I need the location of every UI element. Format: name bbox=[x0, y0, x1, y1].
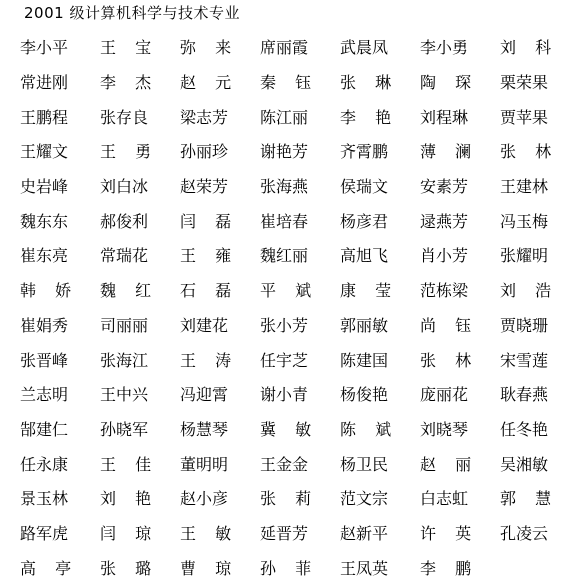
student-name: 冯玉梅 bbox=[500, 213, 580, 231]
student-name: 陈江丽 bbox=[260, 109, 340, 127]
student-name: 孙丽珍 bbox=[180, 143, 260, 161]
student-name: 刘晓琴 bbox=[420, 421, 500, 439]
student-name: 常进刚 bbox=[20, 74, 100, 92]
student-name: 张 莉 bbox=[260, 490, 340, 508]
student-name-grid: 李小平王 宝弥 来席丽霞武晨凤李小勇刘 科常进刚李 杰赵 元秦 钰张 琳陶 琛栗… bbox=[0, 31, 580, 586]
student-name: 郝俊利 bbox=[100, 213, 180, 231]
roster-row: 韩 娇魏 红石 磊平 斌康 莹范栋梁刘 浩 bbox=[20, 274, 580, 309]
student-name: 杨卫民 bbox=[340, 456, 420, 474]
student-name: 杨彦君 bbox=[340, 213, 420, 231]
student-name: 王耀文 bbox=[20, 143, 100, 161]
student-name: 齐霄鹏 bbox=[340, 143, 420, 161]
roster-row: 史岩峰刘白冰赵荣芳张海燕侯瑞文安素芳王建林 bbox=[20, 170, 580, 205]
student-name: 安素芳 bbox=[420, 178, 500, 196]
student-name: 刘 浩 bbox=[500, 282, 580, 300]
student-name: 席丽霞 bbox=[260, 39, 340, 57]
roster-row: 魏东东郝俊利闫 磊崔培春杨彦君逯燕芳冯玉梅 bbox=[20, 204, 580, 239]
student-name: 景玉林 bbox=[20, 490, 100, 508]
roster-row: 李小平王 宝弥 来席丽霞武晨凤李小勇刘 科 bbox=[20, 31, 580, 66]
student-name: 王金金 bbox=[260, 456, 340, 474]
student-name: 张海燕 bbox=[260, 178, 340, 196]
student-name: 任冬艳 bbox=[500, 421, 580, 439]
student-name: 魏东东 bbox=[20, 213, 100, 231]
student-name: 武晨凤 bbox=[340, 39, 420, 57]
student-name: 张 璐 bbox=[100, 560, 180, 578]
roster-row: 崔娟秀司丽丽刘建花张小芳郭丽敏尚 钰贾晓珊 bbox=[20, 309, 580, 344]
student-name: 王 敏 bbox=[180, 525, 260, 543]
student-name: 兰志明 bbox=[20, 386, 100, 404]
roster-row: 张晋峰张海江王 涛任宇芝陈建国张 林宋雪莲 bbox=[20, 343, 580, 378]
student-name: 栗荣果 bbox=[500, 74, 580, 92]
student-name: 侯瑞文 bbox=[340, 178, 420, 196]
student-name: 尚 钰 bbox=[420, 317, 500, 335]
student-name: 杨慧琴 bbox=[180, 421, 260, 439]
roster-row: 兰志明王中兴冯迎霄谢小青杨俊艳庞丽花耿春燕 bbox=[20, 378, 580, 413]
student-name: 石 磊 bbox=[180, 282, 260, 300]
roster-row: 王耀文王 勇孙丽珍谢艳芳齐霄鹏薄 澜张 林 bbox=[20, 135, 580, 170]
student-name: 王中兴 bbox=[100, 386, 180, 404]
student-name: 陈建国 bbox=[340, 352, 420, 370]
student-name: 逯燕芳 bbox=[420, 213, 500, 231]
student-name: 李 艳 bbox=[340, 109, 420, 127]
student-name: 王鹏程 bbox=[20, 109, 100, 127]
page-title: 2001 级计算机科学与技术专业 bbox=[0, 0, 580, 22]
student-name: 庞丽花 bbox=[420, 386, 500, 404]
student-name: 崔娟秀 bbox=[20, 317, 100, 335]
student-name: 崔东亮 bbox=[20, 247, 100, 265]
student-name: 冯迎霄 bbox=[180, 386, 260, 404]
roster-row: 景玉林刘 艳赵小彦张 莉范文宗白志虹郭 慧 bbox=[20, 482, 580, 517]
student-name: 赵 丽 bbox=[420, 456, 500, 474]
student-name: 赵 元 bbox=[180, 74, 260, 92]
student-name: 韩 娇 bbox=[20, 282, 100, 300]
student-name: 孙晓军 bbox=[100, 421, 180, 439]
student-name: 高旭飞 bbox=[340, 247, 420, 265]
student-name: 吴湘敏 bbox=[500, 456, 580, 474]
student-name: 王 宝 bbox=[100, 39, 180, 57]
student-name: 王 雍 bbox=[180, 247, 260, 265]
class-roster-page: 2001 级计算机科学与技术专业 李小平王 宝弥 来席丽霞武晨凤李小勇刘 科常进… bbox=[0, 0, 580, 586]
student-name: 张耀明 bbox=[500, 247, 580, 265]
student-name: 李 鹏 bbox=[420, 560, 500, 578]
student-name: 孔凌云 bbox=[500, 525, 580, 543]
student-name: 孙 菲 bbox=[260, 560, 340, 578]
roster-row: 高 亭张 璐曹 琼孙 菲王凤英李 鹏 bbox=[20, 551, 580, 586]
student-name: 刘 艳 bbox=[100, 490, 180, 508]
student-name: 赵新平 bbox=[340, 525, 420, 543]
student-name: 弥 来 bbox=[180, 39, 260, 57]
student-name: 张 林 bbox=[500, 143, 580, 161]
student-name: 贾苹果 bbox=[500, 109, 580, 127]
student-name: 魏 红 bbox=[100, 282, 180, 300]
student-name: 张存良 bbox=[100, 109, 180, 127]
student-name: 谢艳芳 bbox=[260, 143, 340, 161]
student-name: 刘白冰 bbox=[100, 178, 180, 196]
student-name: 李小平 bbox=[20, 39, 100, 57]
student-name: 赵荣芳 bbox=[180, 178, 260, 196]
student-name: 路军虎 bbox=[20, 525, 100, 543]
student-name: 王 涛 bbox=[180, 352, 260, 370]
student-name: 任宇芝 bbox=[260, 352, 340, 370]
student-name: 曹 琼 bbox=[180, 560, 260, 578]
student-name: 宋雪莲 bbox=[500, 352, 580, 370]
student-name: 许 英 bbox=[420, 525, 500, 543]
student-name: 司丽丽 bbox=[100, 317, 180, 335]
student-name: 史岩峰 bbox=[20, 178, 100, 196]
student-name: 李小勇 bbox=[420, 39, 500, 57]
student-name: 董明明 bbox=[180, 456, 260, 474]
student-name: 范栋梁 bbox=[420, 282, 500, 300]
student-name: 王 勇 bbox=[100, 143, 180, 161]
roster-row: 路军虎闫 琼王 敏延晋芳赵新平许 英孔凌云 bbox=[20, 517, 580, 552]
roster-row: 常进刚李 杰赵 元秦 钰张 琳陶 琛栗荣果 bbox=[20, 66, 580, 101]
student-name: 范文宗 bbox=[340, 490, 420, 508]
roster-row: 王鹏程张存良梁志芳陈江丽李 艳刘程琳贾苹果 bbox=[20, 100, 580, 135]
student-name: 赵小彦 bbox=[180, 490, 260, 508]
student-name: 陶 琛 bbox=[420, 74, 500, 92]
student-name: 耿春燕 bbox=[500, 386, 580, 404]
student-name: 闫 琼 bbox=[100, 525, 180, 543]
student-name: 李 杰 bbox=[100, 74, 180, 92]
roster-row: 任永康王 佳董明明王金金杨卫民赵 丽吴湘敏 bbox=[20, 447, 580, 482]
student-name: 薄 澜 bbox=[420, 143, 500, 161]
student-name: 任永康 bbox=[20, 456, 100, 474]
student-name: 王 佳 bbox=[100, 456, 180, 474]
student-name: 张海江 bbox=[100, 352, 180, 370]
student-name: 高 亭 bbox=[20, 560, 100, 578]
student-name: 张晋峰 bbox=[20, 352, 100, 370]
student-name: 常瑞花 bbox=[100, 247, 180, 265]
student-name: 闫 磊 bbox=[180, 213, 260, 231]
student-name: 平 斌 bbox=[260, 282, 340, 300]
student-name: 张 琳 bbox=[340, 74, 420, 92]
student-name: 郭 慧 bbox=[500, 490, 580, 508]
student-name: 郜建仁 bbox=[20, 421, 100, 439]
student-name: 康 莹 bbox=[340, 282, 420, 300]
student-name: 谢小青 bbox=[260, 386, 340, 404]
student-name: 杨俊艳 bbox=[340, 386, 420, 404]
student-name: 秦 钰 bbox=[260, 74, 340, 92]
student-name: 刘 科 bbox=[500, 39, 580, 57]
student-name: 刘程琳 bbox=[420, 109, 500, 127]
student-name: 郭丽敏 bbox=[340, 317, 420, 335]
student-name: 延晋芳 bbox=[260, 525, 340, 543]
student-name: 刘建花 bbox=[180, 317, 260, 335]
student-name: 王建林 bbox=[500, 178, 580, 196]
student-name: 魏红丽 bbox=[260, 247, 340, 265]
student-name: 贾晓珊 bbox=[500, 317, 580, 335]
student-name: 白志虹 bbox=[420, 490, 500, 508]
student-name: 梁志芳 bbox=[180, 109, 260, 127]
student-name: 崔培春 bbox=[260, 213, 340, 231]
roster-row: 郜建仁孙晓军杨慧琴冀 敏陈 斌刘晓琴任冬艳 bbox=[20, 413, 580, 448]
student-name: 冀 敏 bbox=[260, 421, 340, 439]
student-name: 张小芳 bbox=[260, 317, 340, 335]
student-name: 张 林 bbox=[420, 352, 500, 370]
roster-row: 崔东亮常瑞花王 雍魏红丽高旭飞肖小芳张耀明 bbox=[20, 239, 580, 274]
student-name: 王凤英 bbox=[340, 560, 420, 578]
student-name: 陈 斌 bbox=[340, 421, 420, 439]
student-name: 肖小芳 bbox=[420, 247, 500, 265]
